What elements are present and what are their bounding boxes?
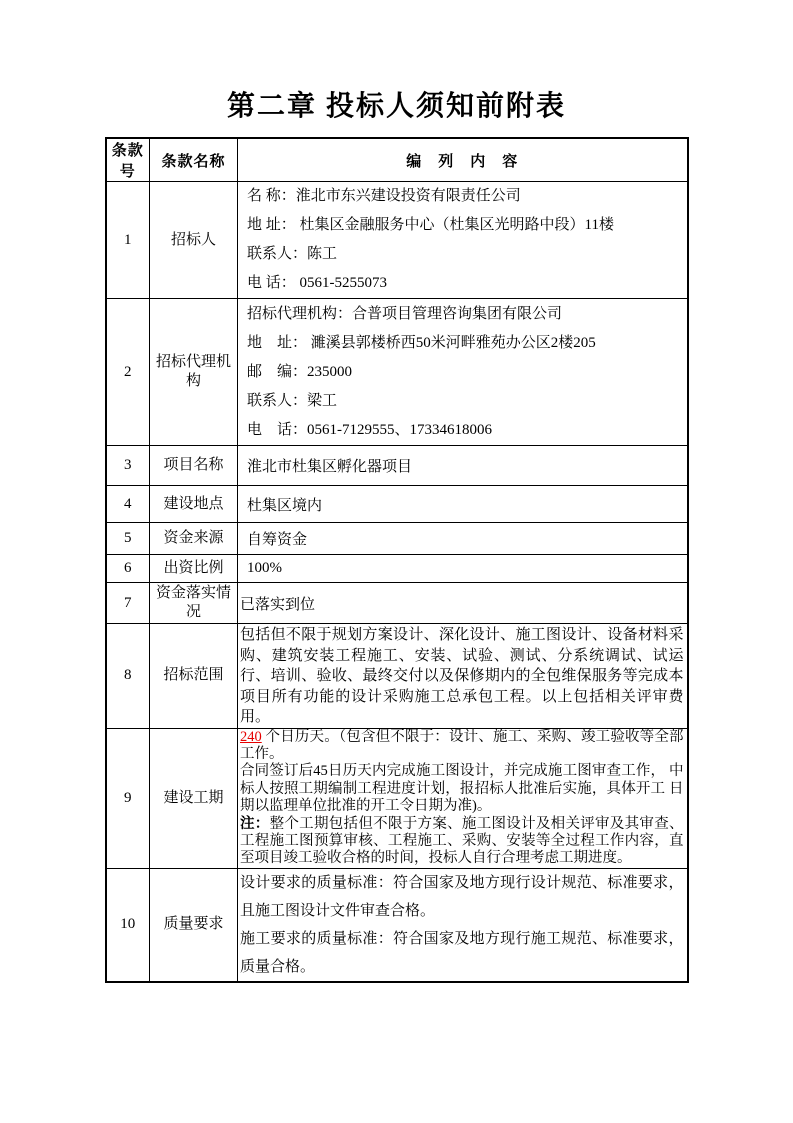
content-line: 联系人：梁工 [247,387,687,416]
clause-name: 质量要求 [150,868,238,982]
clause-content: 100% [238,555,688,583]
clause-name: 建设工期 [150,728,238,868]
clause-name: 出资比例 [150,555,238,583]
table-row: 7 资金落实情况 已落实到位 [106,583,688,624]
content-line: 名 称：淮北市东兴建设投资有限责任公司 [247,182,687,211]
clause-content: 设计要求的质量标准：符合国家及地方现行设计规范、标准要求，且施工图设计文件审查合… [238,868,688,982]
content-line: 电 话：0561-7129555、17334618006 [247,416,687,445]
table-row: 10 质量要求 设计要求的质量标准：符合国家及地方现行设计规范、标准要求，且施工… [106,868,688,982]
clause-content: 招标代理机构：合普项目管理咨询集团有限公司 地 址： 濉溪县郭楼桥西50米河畔雅… [238,299,688,446]
clause-content: 名 称：淮北市东兴建设投资有限责任公司 地 址： 杜集区金融服务中心（杜集区光明… [238,182,688,299]
content-line: 邮 编：235000 [247,358,687,387]
table-row: 3 项目名称 淮北市杜集区孵化器项目 [106,446,688,486]
note-text: 整个工期包括但不限于方案、施工图设计及相关评审及其审查、工程施工图预算审核、工程… [240,816,684,867]
clause-content: 已落实到位 [238,583,688,624]
clause-no: 9 [106,728,150,868]
header-clause-name: 条款名称 [150,138,238,182]
clause-content: 240 个日历天。（包含但不限于：设计、施工、采购、竣工验收等全部工作。 合同签… [238,728,688,868]
table-row: 5 资金来源 自筹资金 [106,523,688,555]
quality-construction-paragraph: 施工要求的质量标准：符合国家及地方现行施工规范、标准要求，质量合格。 [240,925,684,981]
note-label: 注： [240,816,270,832]
clause-name: 招标人 [150,182,238,299]
content-line: 电 话： 0561-5255073 [247,269,687,298]
table-row: 2 招标代理机构 招标代理机构：合普项目管理咨询集团有限公司 地 址： 濉溪县郭… [106,299,688,446]
duration-days-value: 240 [240,729,262,745]
table-row: 9 建设工期 240 个日历天。（包含但不限于：设计、施工、采购、竣工验收等全部… [106,728,688,868]
clause-no: 2 [106,299,150,446]
clause-no: 6 [106,555,150,583]
clause-no: 7 [106,583,150,624]
table-row: 4 建设地点 杜集区境内 [106,486,688,523]
clauses-table: 条款号 条款名称 编 列 内 容 1 招标人 名 称：淮北市东兴建设投资有限责任… [105,137,689,983]
header-content: 编 列 内 容 [238,138,688,182]
document-page: 第二章 投标人须知前附表 条款号 条款名称 编 列 内 容 1 招标人 名 称：… [0,0,793,1123]
clause-no: 4 [106,486,150,523]
content-line: 招标代理机构：合普项目管理咨询集团有限公司 [247,300,687,329]
clause-name: 招标代理机构 [150,299,238,446]
clause-content: 杜集区境内 [238,486,688,523]
clause-content: 自筹资金 [238,523,688,555]
clause-name: 资金落实情况 [150,583,238,624]
clause-no: 3 [106,446,150,486]
note-paragraph: 注：整个工期包括但不限于方案、施工图设计及相关评审及其审查、工程施工图预算审核、… [240,816,684,868]
clause-no: 8 [106,624,150,729]
header-clause-no: 条款号 [106,138,150,182]
quality-design-paragraph: 设计要求的质量标准：符合国家及地方现行设计规范、标准要求，且施工图设计文件审查合… [240,869,684,925]
clause-no: 10 [106,868,150,982]
content-line: 联系人：陈工 [247,240,687,269]
schedule-paragraph: 合同签订后45日历天内完成施工图设计，并完成施工图审查工作， 中标人按照工期编制… [240,763,684,815]
clause-content: 包括但不限于规划方案设计、深化设计、施工图设计、设备材料采购、建筑安装工程施工、… [238,624,688,729]
table-row: 1 招标人 名 称：淮北市东兴建设投资有限责任公司 地 址： 杜集区金融服务中心… [106,182,688,299]
table-row: 8 招标范围 包括但不限于规划方案设计、深化设计、施工图设计、设备材料采购、建筑… [106,624,688,729]
clause-name: 招标范围 [150,624,238,729]
duration-paragraph: 240 个日历天。（包含但不限于：设计、施工、采购、竣工验收等全部工作。 [240,729,684,764]
clause-content: 淮北市杜集区孵化器项目 [238,446,688,486]
clause-name: 资金来源 [150,523,238,555]
clause-no: 1 [106,182,150,299]
clause-name: 项目名称 [150,446,238,486]
duration-text: 个日历天。（包含但不限于：设计、施工、采购、竣工验收等全部工作。 [240,729,684,762]
clause-no: 5 [106,523,150,555]
table-row: 6 出资比例 100% [106,555,688,583]
content-line: 地 址： 濉溪县郭楼桥西50米河畔雅苑办公区2楼205 [247,329,687,358]
content-line: 地 址： 杜集区金融服务中心（杜集区光明路中段）11楼 [247,211,687,240]
page-title: 第二章 投标人须知前附表 [0,0,793,124]
table-header-row: 条款号 条款名称 编 列 内 容 [106,138,688,182]
clause-name: 建设地点 [150,486,238,523]
